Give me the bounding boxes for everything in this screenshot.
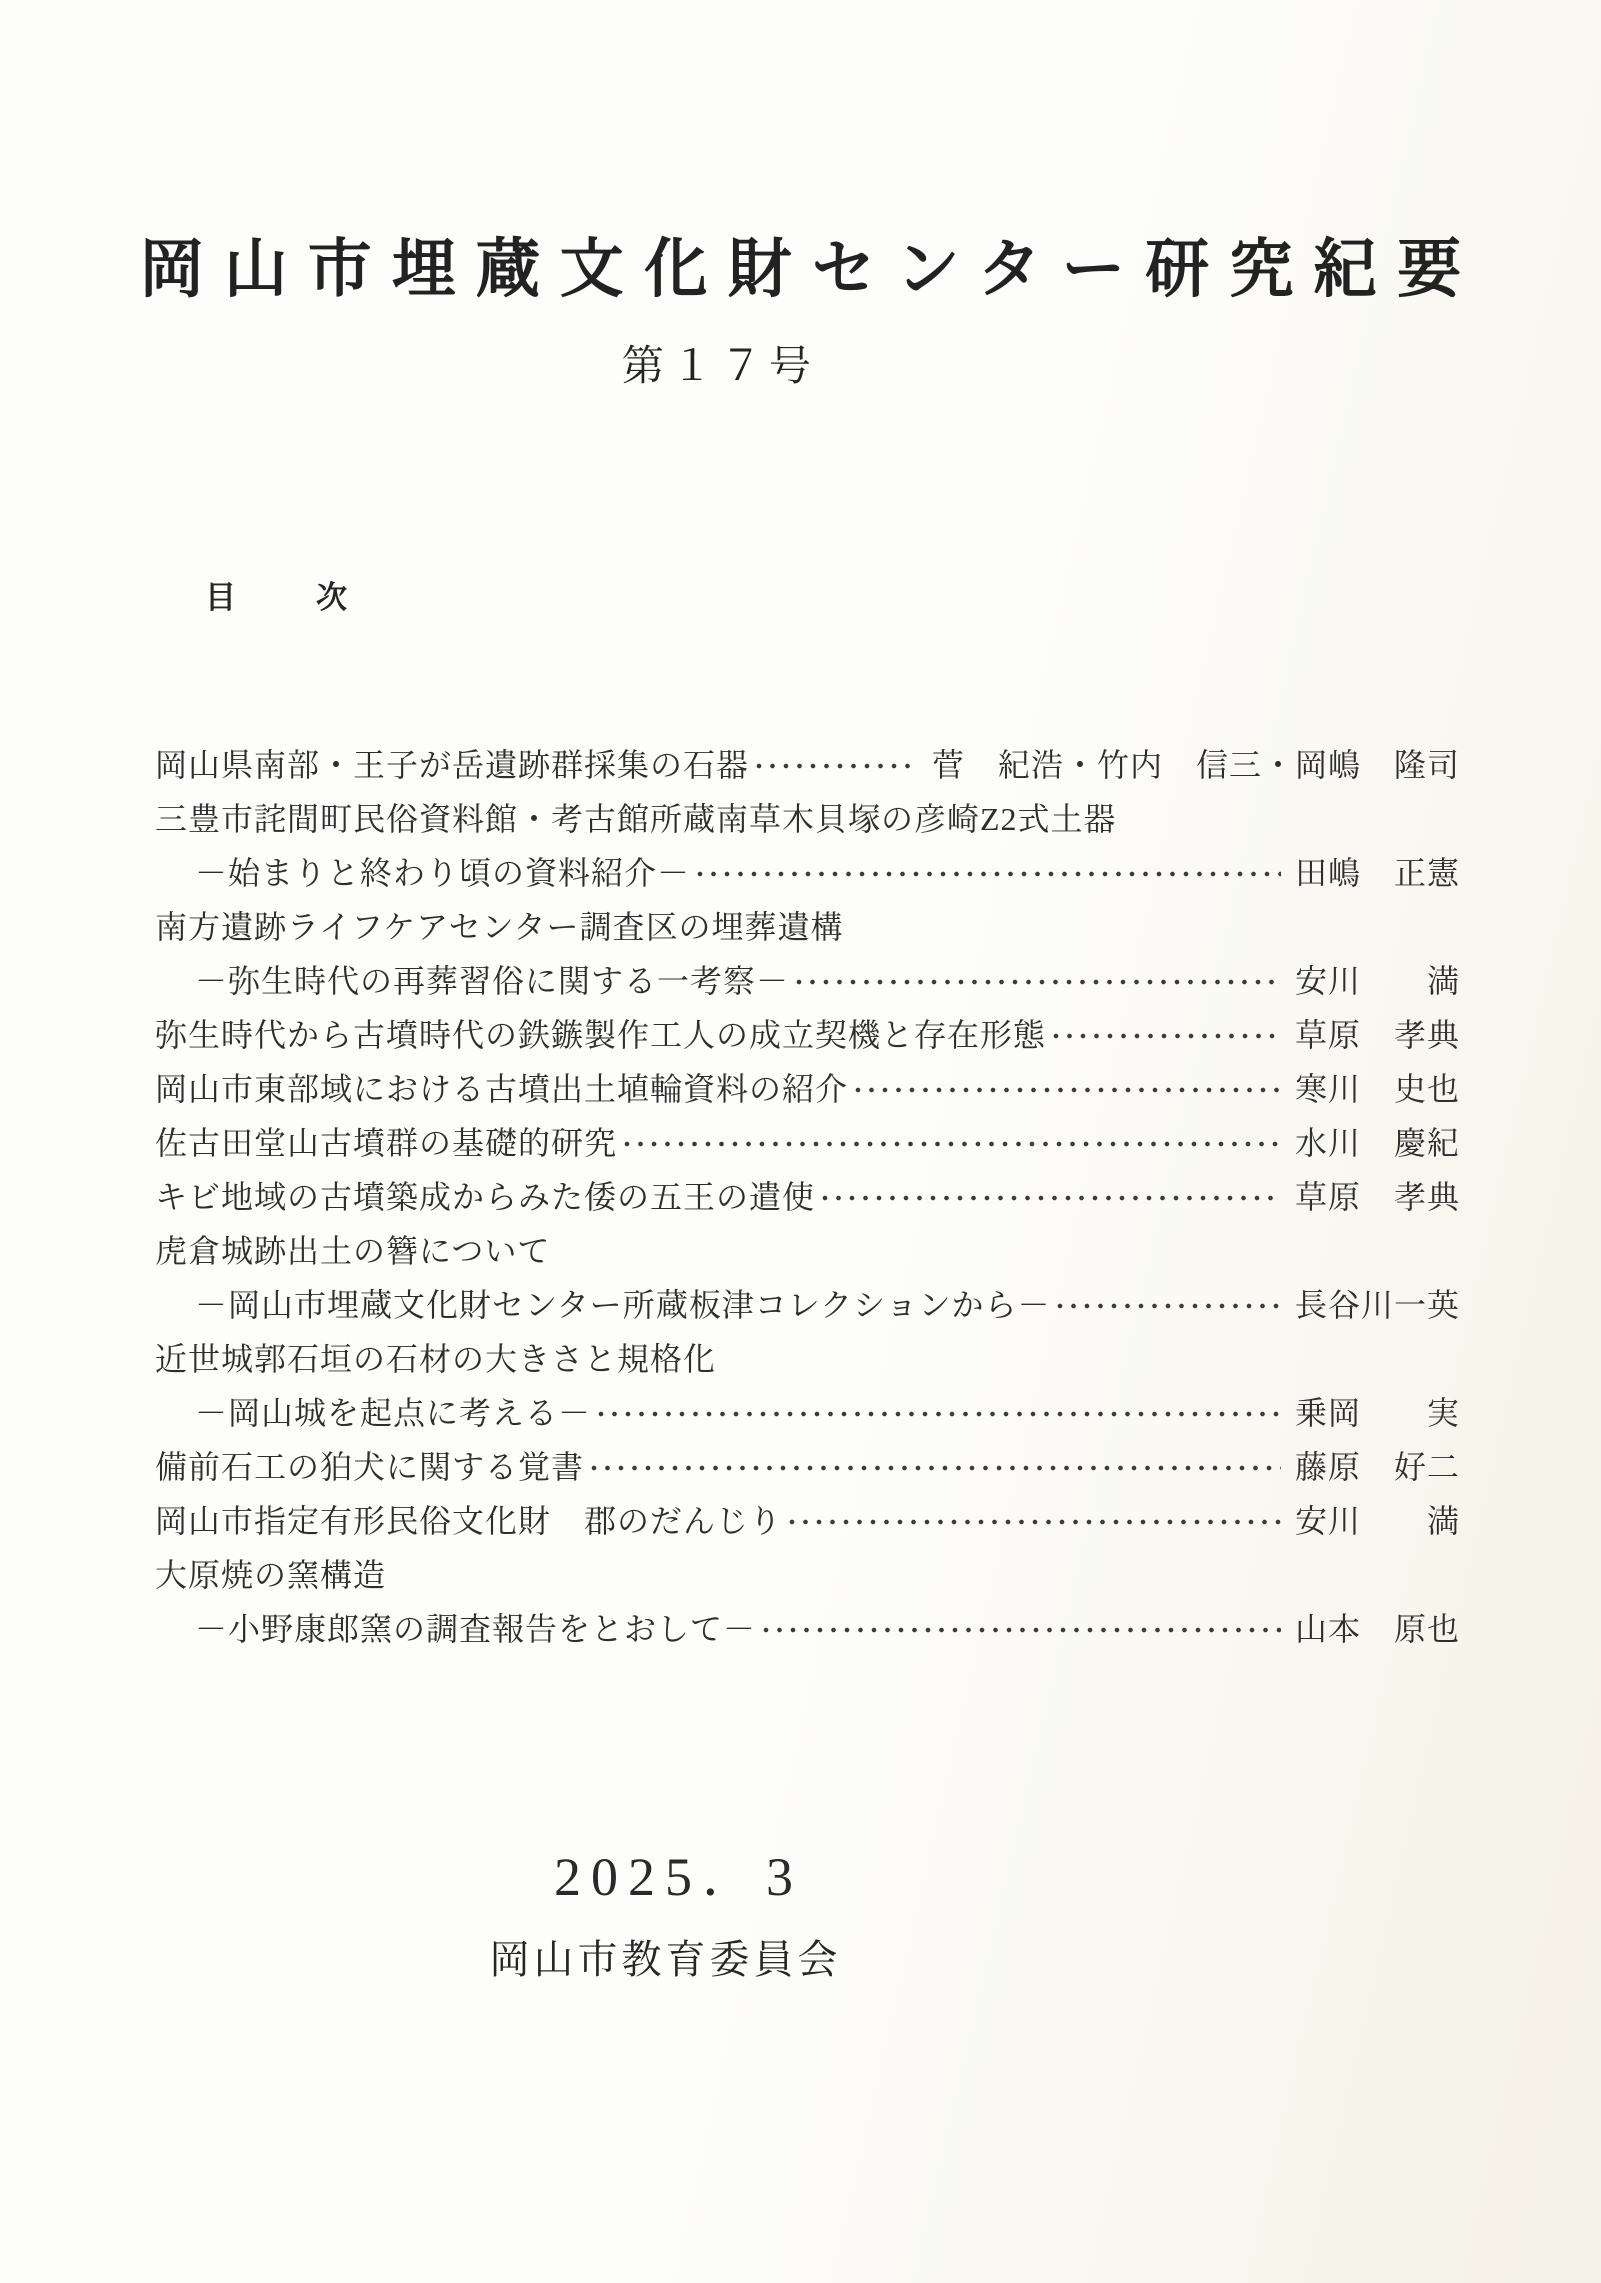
toc-entry-authors: 水川 慶紀	[1295, 1118, 1460, 1164]
dot-leader	[788, 1515, 1281, 1529]
publication-date: 2025．3	[0, 1834, 1474, 1911]
toc-entry-authors: 寒川 史也	[1295, 1064, 1460, 1110]
dot-leader	[850, 921, 1446, 935]
toc-list: 岡山県南部・王子が岳遺跡群採集の石器 菅 紀浩・竹内 信三・岡嶋 隆司 三豊市詫…	[155, 736, 1460, 1654]
toc-entry-authors: 安川 満	[1295, 1496, 1460, 1542]
toc-entry: 岡山県南部・王子が岳遺跡群採集の石器 菅 紀浩・竹内 信三・岡嶋 隆司	[155, 736, 1460, 790]
toc-entry-title: 岡山市指定有形民俗文化財 郡のだんじり	[155, 1496, 782, 1542]
toc-entry: 虎倉城跡出土の簪について	[155, 1222, 1460, 1276]
toc-entry-title: －岡山市埋蔵文化財センター所蔵板津コレクションから－	[195, 1280, 1050, 1326]
toc-entry-title: 佐古田堂山古墳群の基礎的研究	[155, 1118, 617, 1164]
toc-entry: 大原焼の窯構造	[155, 1546, 1460, 1600]
dot-leader	[597, 1407, 1281, 1421]
toc-entry-title: 近世城郭石垣の石材の大きさと規格化	[155, 1334, 716, 1380]
toc-entry-title: 南方遺跡ライフケアセンター調査区の埋葬遺構	[155, 902, 844, 948]
toc-entry: 弥生時代から古墳時代の鉄鏃製作工人の成立契機と存在形態 草原 孝典	[155, 1006, 1460, 1060]
toc-entry: －弥生時代の再葬習俗に関する一考察－ 安川 満	[155, 952, 1460, 1006]
scanned-document-page: 岡山市埋蔵文化財センター研究紀要 第１７号 目 次 岡山県南部・王子が岳遺跡群採…	[0, 0, 1601, 2283]
toc-entry: 佐古田堂山古墳群の基礎的研究 水川 慶紀	[155, 1114, 1460, 1168]
toc-entry: キビ地域の古墳築成からみた倭の五王の遣使 草原 孝典	[155, 1168, 1460, 1222]
toc-heading: 目 次	[205, 572, 353, 617]
toc-entry: 岡山市東部域における古墳出土埴輪資料の紹介 寒川 史也	[155, 1060, 1460, 1114]
dot-leader	[623, 1137, 1281, 1151]
toc-entry-authors: 乗岡 実	[1295, 1388, 1460, 1434]
toc-entry-title: 備前石工の狛犬に関する覚書	[155, 1442, 584, 1488]
dot-leader	[696, 867, 1281, 881]
dot-leader	[762, 1623, 1281, 1637]
toc-entry: －小野康郎窯の調査報告をとおして－ 山本 原也	[155, 1600, 1460, 1654]
dot-leader	[590, 1461, 1281, 1475]
toc-entry-title: 岡山市東部域における古墳出土埴輪資料の紹介	[155, 1064, 848, 1110]
toc-entry-title: －岡山城を起点に考える－	[195, 1388, 591, 1434]
toc-entry-authors: 山本 原也	[1295, 1604, 1460, 1650]
toc-entry-authors: 草原 孝典	[1295, 1010, 1460, 1056]
dot-leader	[1123, 813, 1446, 827]
publisher: 岡山市教育委員会	[0, 1928, 1464, 1985]
toc-entry: －岡山城を起点に考える－ 乗岡 実	[155, 1384, 1460, 1438]
toc-entry-title: キビ地域の古墳築成からみた倭の五王の遣使	[155, 1172, 815, 1218]
toc-entry-title: 三豊市詫間町民俗資料館・考古館所蔵南草木貝塚の彦崎Z2式土器	[155, 794, 1117, 840]
issue-number: 第１７号	[0, 333, 1517, 393]
toc-entry-authors: 菅 紀浩・竹内 信三・岡嶋 隆司	[932, 740, 1460, 786]
dot-leader	[854, 1083, 1281, 1097]
toc-entry: 三豊市詫間町民俗資料館・考古館所蔵南草木貝塚の彦崎Z2式土器	[155, 790, 1460, 844]
toc-entry-title: 大原焼の窯構造	[155, 1550, 386, 1596]
page-title: 岡山市埋蔵文化財センター研究紀要	[0, 218, 1601, 310]
toc-entry-title: －弥生時代の再葬習俗に関する一考察－	[195, 956, 789, 1002]
toc-entry-authors: 長谷川一英	[1295, 1280, 1460, 1326]
dot-leader	[1052, 1029, 1281, 1043]
toc-entry-authors: 田嶋 正憲	[1295, 848, 1460, 894]
dot-leader	[722, 1353, 1446, 1367]
toc-entry-authors: 藤原 好二	[1295, 1442, 1460, 1488]
toc-entry: 岡山市指定有形民俗文化財 郡のだんじり 安川 満	[155, 1492, 1460, 1546]
toc-entry: 南方遺跡ライフケアセンター調査区の埋葬遺構	[155, 898, 1460, 952]
dot-leader	[821, 1191, 1281, 1205]
dot-leader	[1056, 1299, 1281, 1313]
toc-entry-title: 虎倉城跡出土の簪について	[155, 1226, 550, 1272]
toc-entry: －始まりと終わり頃の資料紹介－ 田嶋 正憲	[155, 844, 1460, 898]
toc-entry-title: －始まりと終わり頃の資料紹介－	[195, 848, 690, 894]
toc-entry: 近世城郭石垣の石材の大きさと規格化	[155, 1330, 1460, 1384]
toc-entry-title: 岡山県南部・王子が岳遺跡群採集の石器	[155, 740, 749, 786]
toc-entry-authors: 安川 満	[1295, 956, 1460, 1002]
toc-entry: 備前石工の狛犬に関する覚書 藤原 好二	[155, 1438, 1460, 1492]
dot-leader	[755, 759, 918, 773]
toc-entry-title: 弥生時代から古墳時代の鉄鏃製作工人の成立契機と存在形態	[155, 1010, 1046, 1056]
toc-entry-title: －小野康郎窯の調査報告をとおして－	[195, 1604, 756, 1650]
dot-leader	[556, 1245, 1446, 1259]
dot-leader	[795, 975, 1281, 989]
toc-entry-authors: 草原 孝典	[1295, 1172, 1460, 1218]
dot-leader	[392, 1569, 1446, 1583]
toc-entry: －岡山市埋蔵文化財センター所蔵板津コレクションから－ 長谷川一英	[155, 1276, 1460, 1330]
